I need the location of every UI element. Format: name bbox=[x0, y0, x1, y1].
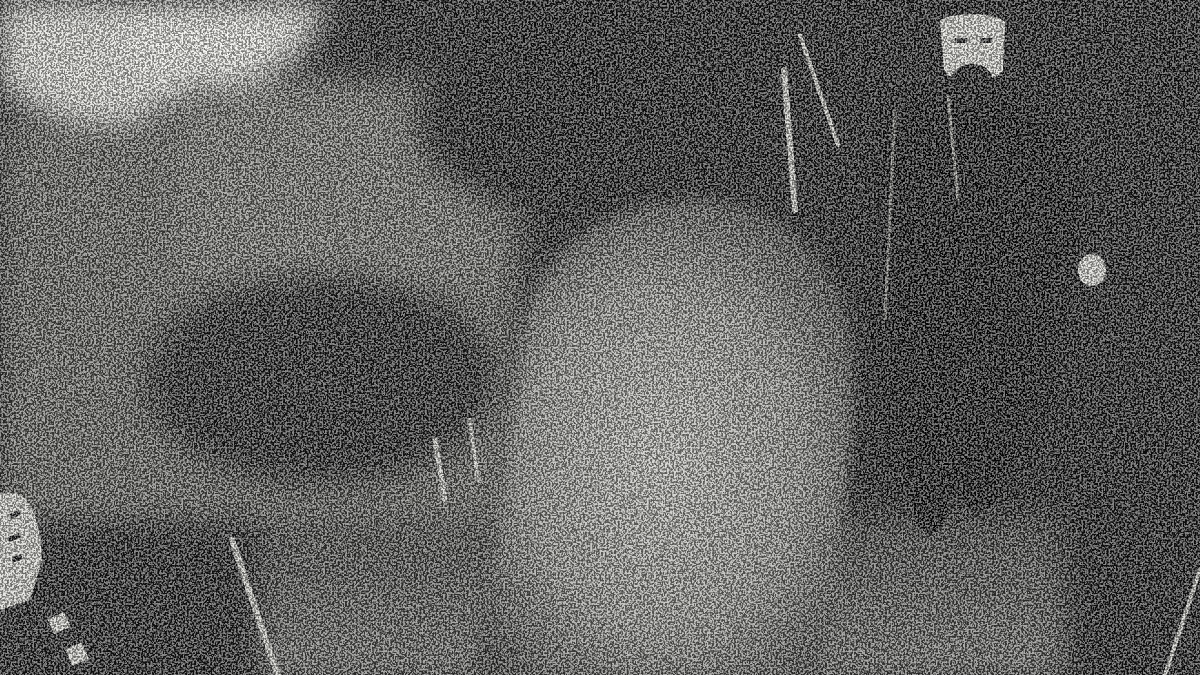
photo-scene bbox=[0, 0, 1200, 675]
newspaper-photo bbox=[0, 0, 1200, 675]
